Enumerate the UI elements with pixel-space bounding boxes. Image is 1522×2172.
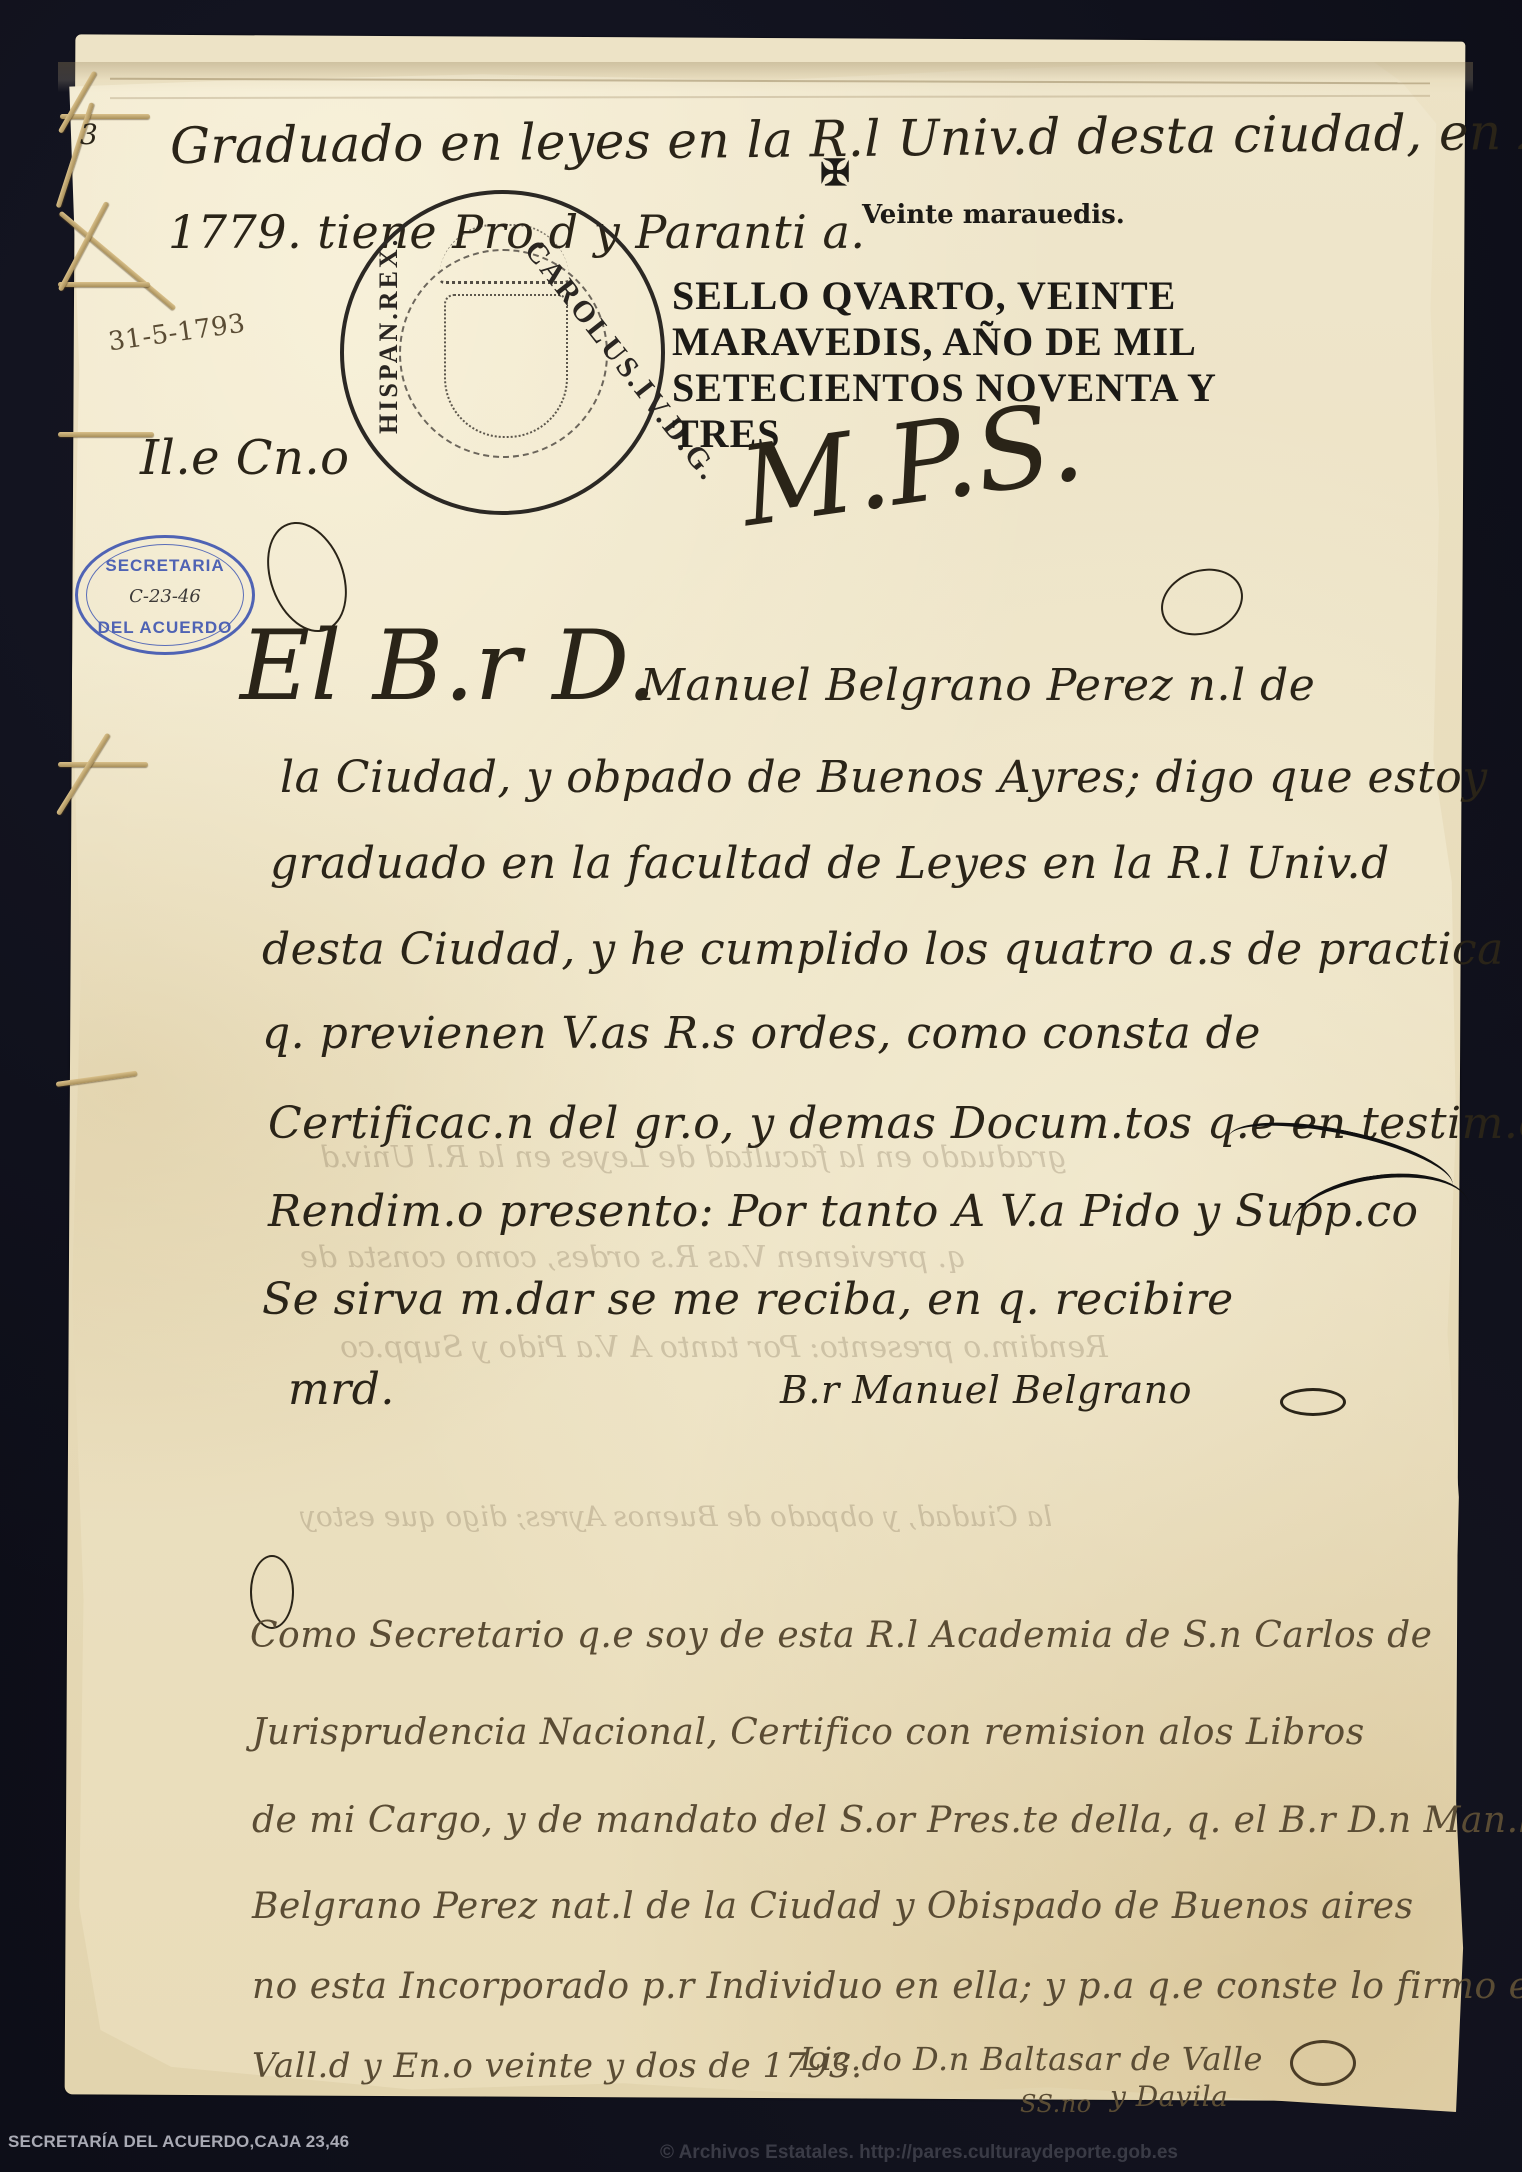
stamp-line-2: MARAVEDIS, AÑO DE MIL [672, 318, 1197, 365]
seal-legend-left: HISPAN.REX. [374, 237, 404, 434]
royal-seal: CAROLUS.IV.D.G. HISPAN.REX. [340, 190, 665, 515]
archive-stamp-code: C-23-46 [78, 586, 252, 607]
petitioner-signature: B.r Manuel Belgrano [780, 1368, 1192, 1412]
petition-line: Se sirva m.dar se me reciba, en q. recib… [262, 1274, 1234, 1325]
coat-of-arms-icon [444, 294, 568, 438]
certification-line: no esta Incorporado p.r Individuo en ell… [252, 1966, 1522, 2007]
signature-rubric [1290, 2040, 1356, 2086]
bleed-through-text: la Ciudad, y obpado de Buenos Ayres; dig… [300, 1500, 1052, 1533]
certifier-signature: Lic.do D.n Baltasar de Valle [800, 2040, 1263, 2078]
archive-stamp-bottom-text: DEL ACUERDO [78, 618, 252, 638]
bleed-through-text: q. previenen V.as R.s ordes, como consta… [300, 1240, 966, 1275]
petition-line: Rendim.o presento: Por tanto A V.a Pido … [268, 1186, 1419, 1237]
petition-line: graduado en la facultad de Leyes en la R… [270, 838, 1390, 889]
certification-line: Belgrano Perez nat.l de la Ciudad y Obis… [252, 1886, 1414, 1927]
stamp-line-1: SELLO QVARTO, VEINTE [672, 272, 1176, 319]
stamp-value-gothic: Veinte marauedis. [862, 200, 1125, 230]
bleed-through-text: Rendim.o presento: Por tanto A V.a Pido … [340, 1330, 1108, 1365]
signature-rubric [1280, 1388, 1346, 1416]
binding-thread [58, 282, 150, 287]
petition-line: q. previenen V.as R.s ordes, como consta… [262, 1008, 1261, 1059]
binding-thread [58, 762, 148, 767]
binding-thread [60, 114, 150, 119]
archive-reference-caption: SECRETARÍA DEL ACUERDO,CAJA 23,46 [8, 2132, 349, 2152]
petition-line: desta Ciudad, y he cumplido los quatro a… [262, 924, 1504, 975]
petition-line: la Ciudad, y obpado de Buenos Ayres; dig… [280, 752, 1488, 803]
cross-icon: ✠ [820, 152, 850, 194]
certification-line: Vall.d y En.o veinte y dos de 1793. [252, 2046, 862, 2086]
certifier-title: SS.no [1020, 2090, 1092, 2118]
petition-line: Manuel Belgrano Perez n.l de [640, 660, 1315, 711]
certifier-signature-line-2: y Davila [1110, 2080, 1228, 2113]
top-fold-edge [58, 62, 1473, 92]
certification-line: Jurisprudencia Nacional, Certifico con r… [252, 1712, 1365, 1753]
certification-line: Como Secretario q.e soy de esta R.l Acad… [250, 1615, 1432, 1656]
marginal-note: Il.e Cn.o [140, 430, 350, 486]
page-number: 3 [80, 118, 98, 151]
copyright-watermark: © Archivos Estatales. http://pares.cultu… [660, 2142, 1178, 2164]
archive-stamp-top-text: SECRETARIA [78, 556, 252, 576]
petition-opening: El B.r D. [240, 610, 657, 722]
archive-stamp: SECRETARIA C-23-46 DEL ACUERDO [75, 535, 255, 655]
certification-line: de mi Cargo, y de mandato del S.or Pres.… [252, 1800, 1522, 1841]
petition-line: mrd. [288, 1364, 395, 1415]
